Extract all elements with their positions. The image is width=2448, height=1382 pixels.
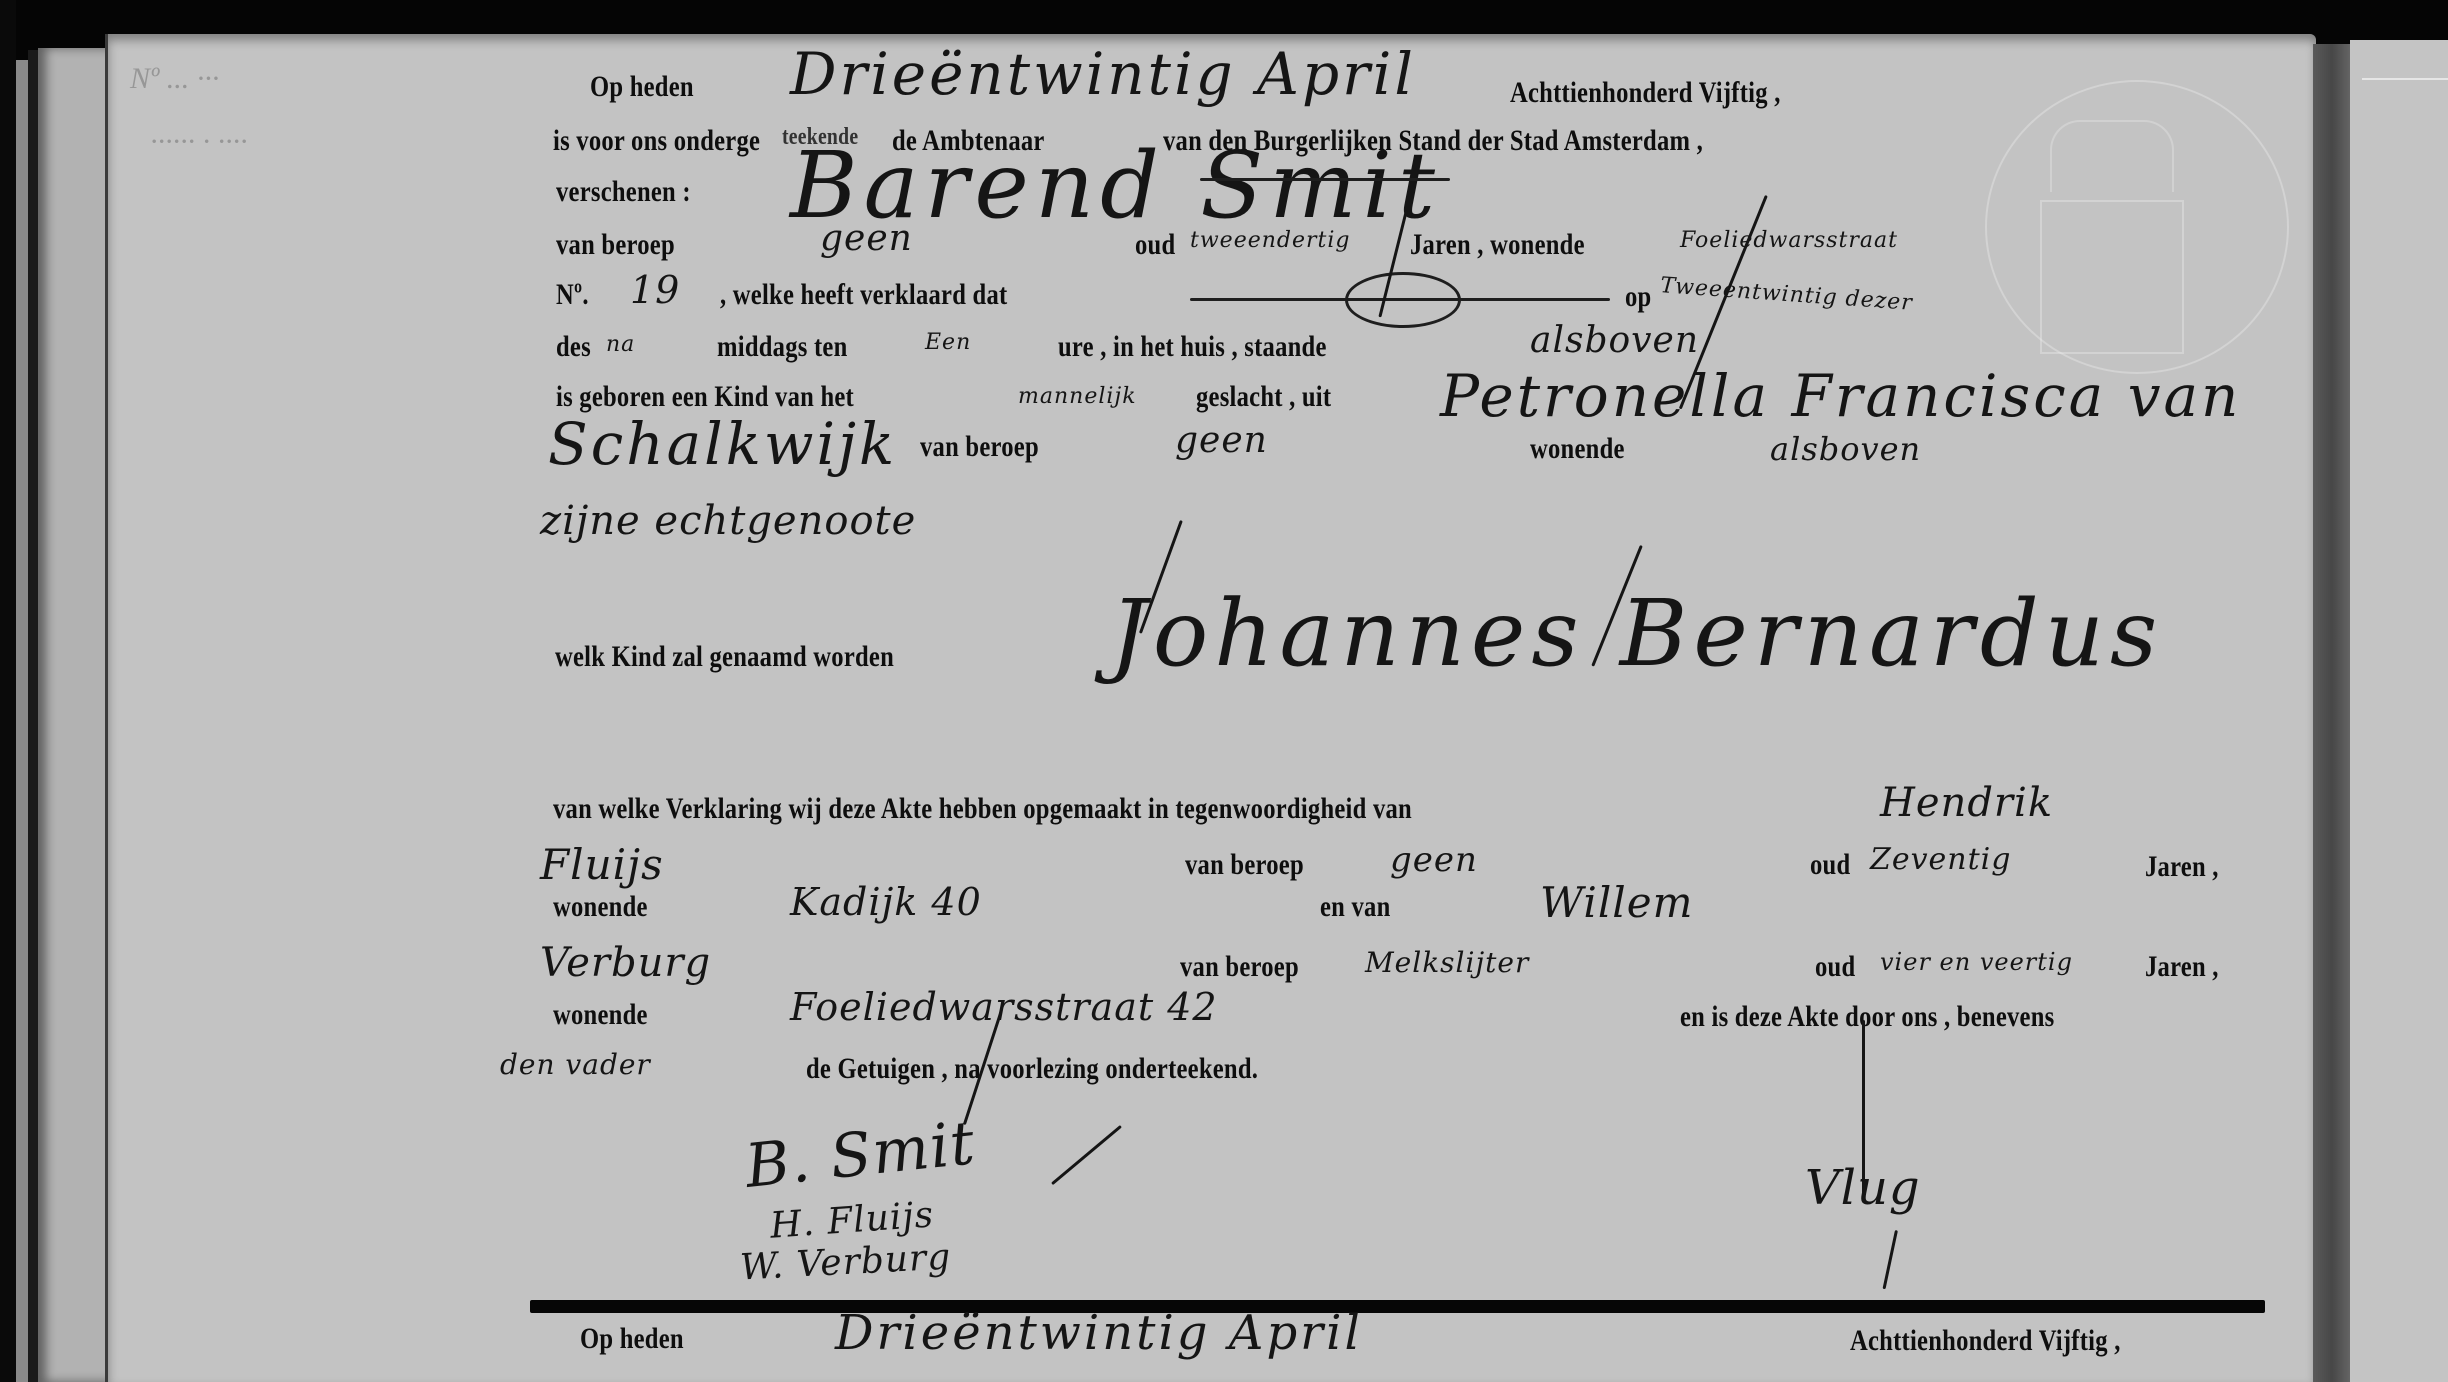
printed-van-beroep-3: van beroep — [1185, 848, 1304, 882]
witness1-occupation: geen — [1390, 840, 1478, 880]
witness2-last-name: Verburg — [540, 940, 711, 986]
printed-wonende-3: wonende — [553, 998, 648, 1032]
mother-name-last: Schalkwijk — [548, 410, 897, 478]
printed-number: Nº. — [556, 278, 589, 312]
binding-strip — [16, 60, 28, 1382]
father-age: tweeendertig — [1190, 228, 1350, 253]
father-street: Foeliedwarsstraat — [1680, 228, 1898, 253]
part-of-day: na — [606, 332, 635, 357]
next-record-year: Achttienhonderd Vijftig , — [1850, 1324, 2121, 1358]
printed-getuigen: de Getuigen , na voorlezing onderteekend… — [806, 1052, 1258, 1086]
printed-en-van: en van — [1320, 890, 1391, 924]
adjacent-page-mark — [2362, 78, 2448, 80]
printed-jaren-wonende: Jaren , wonende — [1410, 228, 1585, 262]
bleed-through-text-2: ······ · ···· — [150, 125, 248, 159]
relation-note: zijne echtgenoote — [540, 498, 916, 544]
adjacent-page — [2350, 40, 2448, 1382]
printed-wonende-2: wonende — [553, 890, 648, 924]
witness1-residence: Kadijk 40 — [790, 880, 982, 924]
printed-year: Achttienhonderd Vijftig , — [1510, 76, 1781, 110]
printed-des: des — [556, 330, 591, 364]
underline-stroke — [1200, 178, 1450, 181]
printed-akte-door-ons: en is deze Akte door ons , benevens — [1680, 1000, 2054, 1034]
official-signature-flourish — [1862, 1020, 1865, 1200]
birth-house: alsboven — [1530, 320, 1699, 361]
printed-is-geboren: is geboren een Kind van het — [556, 380, 854, 414]
printed-middags-ten: middags ten — [717, 330, 848, 364]
printed-jaren-1: Jaren , — [2145, 850, 2219, 884]
record-separator-rule — [530, 1300, 2265, 1313]
bleed-through-text-1: Nº ... ··· — [130, 62, 219, 96]
printed-verklaring: van welke Verklaring wij deze Akte hebbe… — [553, 792, 1412, 826]
witness1-last-name: Fluijs — [540, 840, 664, 889]
child-sex: mannelijk — [1018, 384, 1137, 409]
handwritten-den-vader: den vader — [500, 1048, 651, 1081]
next-record-date: Drieëntwintig April — [835, 1305, 1363, 1361]
seal-shield-icon — [2040, 200, 2184, 354]
witness1-age: Zeventig — [1870, 842, 2011, 877]
mother-name-first: Petronella Francisca van — [1440, 362, 2241, 430]
father-occupation: geen — [820, 218, 913, 259]
printed-van-beroep-4: van beroep — [1180, 950, 1299, 984]
witness2-age: vier en veertig — [1880, 948, 2073, 976]
house-number: 19 — [630, 268, 680, 312]
printed-geslacht-uit: geslacht , uit — [1196, 380, 1331, 414]
printed-verschenen: verschenen : — [556, 175, 691, 209]
witness2-occupation: Melkslijter — [1365, 946, 1529, 979]
printed-jaren-2: Jaren , — [2145, 950, 2219, 984]
page-gutter — [2313, 44, 2351, 1382]
birth-hour: Een — [925, 330, 971, 355]
printed-oud-3: oud — [1815, 950, 1855, 984]
flourish-loop — [1345, 272, 1461, 328]
printed-welk-kind: welk Kind zal genaamd worden — [555, 640, 894, 674]
printed-ambtenaar-a: is voor ons onderge — [553, 124, 760, 158]
handwritten-date: Drieëntwintig April — [790, 40, 1416, 108]
witness2-residence: Foeliedwarsstraat 42 — [790, 985, 1218, 1029]
printed-van-beroep-2: van beroep — [920, 430, 1039, 464]
witness1-first-name: Hendrik — [1880, 780, 2053, 826]
witness2-first-name: Willem — [1540, 878, 1693, 927]
printed-wonende-1: wonende — [1530, 432, 1625, 466]
seal-crown-icon — [2050, 120, 2174, 192]
printed-op-heden: Op heden — [590, 70, 694, 104]
underlying-page-edge — [38, 48, 110, 1382]
printed-verklaard-dat: , welke heeft verklaard dat — [720, 278, 1007, 312]
scan-background-left — [0, 0, 16, 1382]
child-name: Johannes Bernardus — [1110, 580, 2163, 687]
mother-residence: alsboven — [1770, 430, 1921, 468]
printed-oud-1: oud — [1135, 228, 1175, 262]
mother-occupation: geen — [1175, 420, 1268, 461]
next-record-op-heden: Op heden — [580, 1322, 684, 1356]
printed-op: op — [1625, 280, 1651, 314]
printed-van-beroep-1: van beroep — [556, 228, 675, 262]
printed-in-het-huis: ure , in het huis , staande — [1058, 330, 1327, 364]
printed-oud-2: oud — [1810, 848, 1850, 882]
